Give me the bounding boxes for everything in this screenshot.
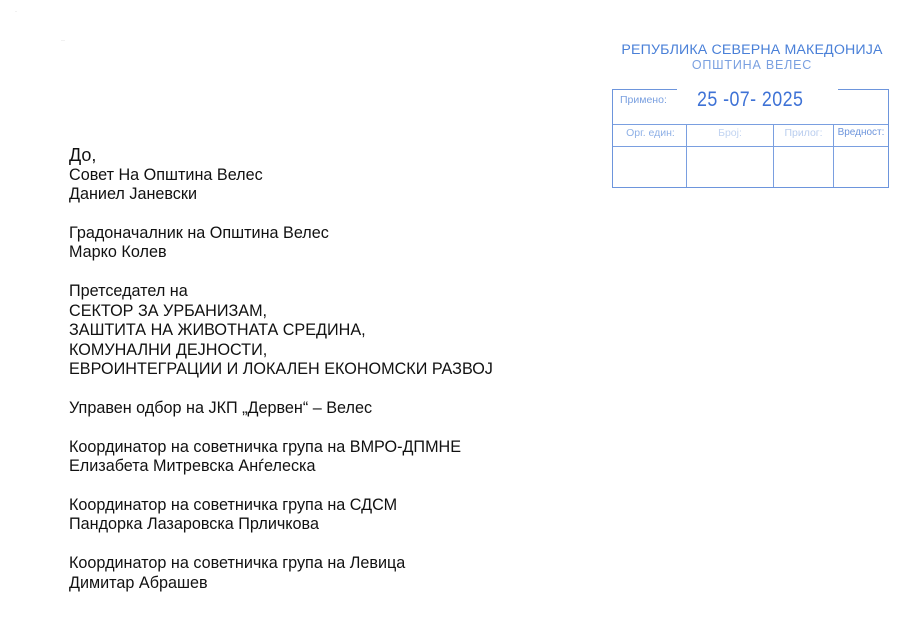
addressee-line: Даниел Јаневски [69, 185, 493, 205]
addressee-line: Пандорка Лазаровска Прличкова [69, 515, 493, 535]
addressee-block: Управен одбор на ЈКП „Дервен“ – Велес [69, 399, 493, 419]
stamp-col-divider [773, 124, 774, 187]
stamp-col-value: Вредност: [834, 127, 888, 138]
addressee-line: КОМУНАЛНИ ДЕЈНОСТИ, [69, 341, 493, 361]
addressee-line: Градоначалник на Општина Велес [69, 224, 493, 244]
stamp-row-divider [613, 146, 888, 147]
scan-speck: ·· [61, 38, 65, 44]
addressee-block: Градоначалник на Општина ВелесМарко Коле… [69, 224, 493, 263]
addressee-block: Координатор на советничка група на Левиц… [69, 554, 493, 593]
addressee-line: Управен одбор на ЈКП „Дервен“ – Велес [69, 399, 493, 419]
addressee-line: Координатор на советничка група на ВМРО-… [69, 438, 493, 458]
stamp-received-date: 25 -07- 2025 [697, 88, 803, 112]
addressee-line: До, [69, 146, 493, 166]
stamp-col-divider [686, 124, 687, 187]
addressee-line: Марко Колев [69, 243, 493, 263]
scan-speck: · [15, 9, 17, 15]
addressee-block: Координатор на советничка група на СДСМП… [69, 496, 493, 535]
addressee-block: Координатор на советничка група на ВМРО-… [69, 438, 493, 477]
stamp-subtitle: ОПШТИНА ВЕЛЕС [614, 58, 890, 72]
stamp-title: РЕПУБЛИКА СЕВЕРНА МАКЕДОНИЈА [614, 42, 890, 58]
addressee-line: Елизабета Митревска Анѓелеска [69, 457, 493, 477]
stamp-received-label: Примено: [620, 94, 667, 106]
addressee-line: СЕКТОР ЗА УРБАНИЗАМ, [69, 302, 493, 322]
stamp-col-org-unit: Орг. един: [615, 127, 686, 139]
addressee-line: Димитар Абрашев [69, 574, 493, 594]
stamp-border-gap [677, 87, 838, 92]
addressee-line: Координатор на советничка група на Левиц… [69, 554, 493, 574]
stamp-col-attachment: Прилог: [774, 127, 833, 139]
stamp-box: Примено: 25 -07- 2025 Орг. един: Број: П… [612, 89, 889, 188]
stamp-col-divider [833, 124, 834, 187]
addressee-line: Координатор на советничка група на СДСМ [69, 496, 493, 516]
addressee-block: Претседател наСЕКТОР ЗА УРБАНИЗАМ,ЗАШТИТ… [69, 282, 493, 380]
addressee-line: ЗАШТИТА НА ЖИВОТНАТА СРЕДИНА, [69, 321, 493, 341]
addressee-line: ЕВРОИНТЕГРАЦИИ И ЛОКАЛЕН ЕКОНОМСКИ РАЗВО… [69, 360, 493, 380]
stamp-row-divider [613, 124, 888, 125]
stamp-col-number: Број: [687, 127, 773, 139]
addressee-line: Совет На Општина Велес [69, 166, 493, 186]
addressee-list: До,Совет На Општина ВелесДаниел Јаневски… [69, 146, 493, 612]
addressee-block: До,Совет На Општина ВелесДаниел Јаневски [69, 146, 493, 205]
addressee-line: Претседател на [69, 282, 493, 302]
